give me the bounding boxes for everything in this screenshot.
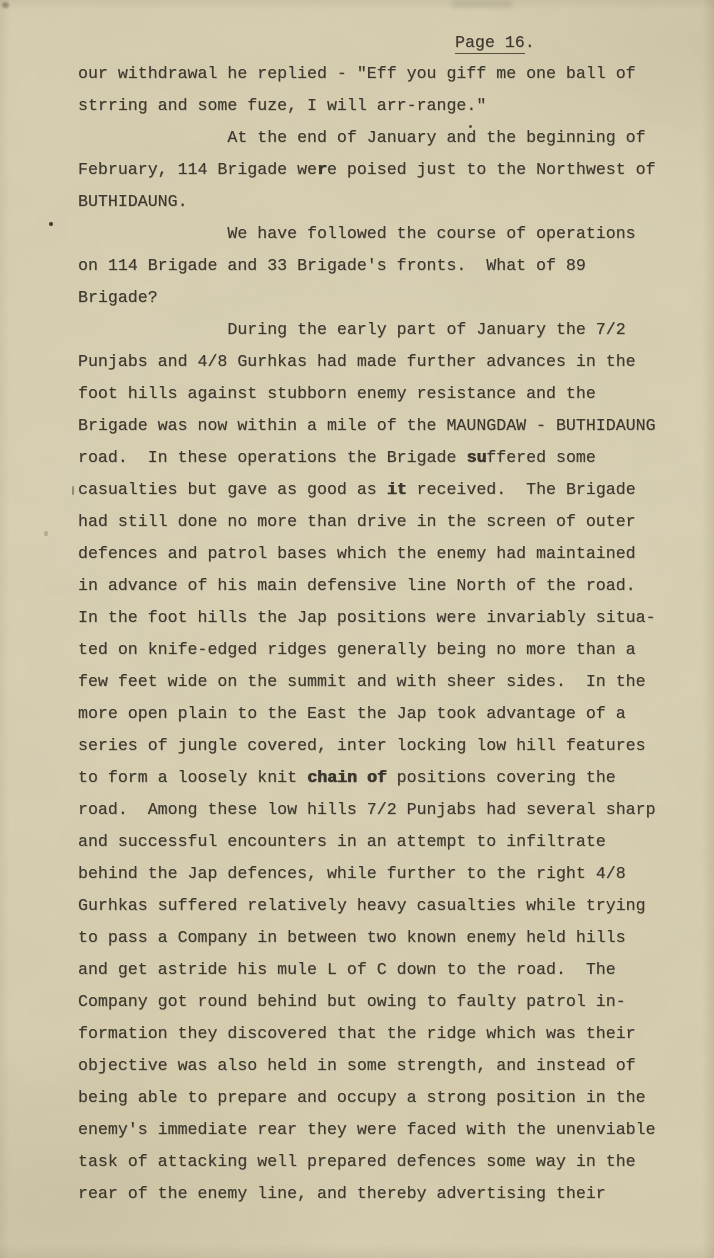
text-segment: received. The Brigade (407, 480, 636, 499)
page-header: Page 16. (455, 31, 535, 55)
overstruck-text: it (387, 480, 407, 499)
text-line: ted on knife-edged ridges generally bein… (78, 634, 678, 666)
text-segment: to pass a Company in between two known e… (78, 928, 626, 947)
text-segment: and get astride his mule L of C down to … (78, 960, 616, 979)
text-line: behind the Jap defences, while further t… (78, 858, 678, 890)
text-segment: Company got round behind but owing to fa… (78, 992, 626, 1011)
text-line: road. Among these low hills 7/2 Punjabs … (78, 794, 678, 826)
text-segment: road. In these operations the Brigade (78, 448, 466, 467)
text-line: our withdrawal he replied - "Eff you gif… (78, 58, 678, 90)
text-line: and successful encounters in an attempt … (78, 826, 678, 858)
text-line: on 114 Brigade and 33 Brigade's fronts. … (78, 250, 678, 282)
text-line: in advance of his main defensive line No… (78, 570, 678, 602)
text-segment: had still done no more than drive in the… (78, 512, 636, 531)
text-segment: Punjabs and 4/8 Gurhkas had made further… (78, 352, 636, 371)
text-segment: our withdrawal he replied - "Eff you gif… (78, 64, 636, 83)
text-line: to pass a Company in between two known e… (78, 922, 678, 954)
text-segment: casualties but gave as good as (78, 480, 387, 499)
text-segment: BUTHIDAUNG. (78, 192, 188, 211)
text-segment: and successful encounters in an attempt … (78, 832, 606, 851)
text-line: road. In these operations the Brigade su… (78, 442, 678, 474)
text-segment: Brigade was now within a mile of the MAU… (78, 416, 656, 435)
text-line: objective was also held in some strength… (78, 1050, 678, 1082)
text-segment: Brigade? (78, 288, 158, 307)
text-segment: In the foot hills the Jap positions were… (78, 608, 656, 627)
text-line: Brigade? (78, 282, 678, 314)
text-segment: few feet wide on the summit and with she… (78, 672, 646, 691)
text-line: and get astride his mule L of C down to … (78, 954, 678, 986)
text-line: During the early part of January the 7/2 (78, 314, 678, 346)
text-segment: rear of the enemy line, and thereby adve… (78, 1184, 606, 1203)
text-segment: objective was also held in some strength… (78, 1056, 636, 1075)
text-line: Brigade was now within a mile of the MAU… (78, 410, 678, 442)
text-line: Punjabs and 4/8 Gurhkas had made further… (78, 346, 678, 378)
text-line: foot hills against stubborn enemy resist… (78, 378, 678, 410)
text-segment: being able to prepare and occupy a stron… (78, 1088, 646, 1107)
text-segment: February, 114 Brigade we (78, 160, 317, 179)
overstruck-text: su (466, 448, 486, 467)
text-segment: on 114 Brigade and 33 Brigade's fronts. … (78, 256, 586, 275)
text-segment: e poised just to the Northwest of (327, 160, 656, 179)
text-line: formation they discovered that the ridge… (78, 1018, 678, 1050)
text-line: more open plain to the East the Jap took… (78, 698, 678, 730)
text-segment: foot hills against stubborn enemy resist… (78, 384, 596, 403)
text-line: We have followed the course of operation… (78, 218, 678, 250)
overstruck-text: chain of (307, 768, 387, 787)
text-line: few feet wide on the summit and with she… (78, 666, 678, 698)
text-segment: At the end of January and the beginning … (78, 128, 646, 147)
text-segment: to form a loosely knit (78, 768, 307, 787)
text-segment: ffered some (486, 448, 596, 467)
text-line: enemy's immediate rear they were faced w… (78, 1114, 678, 1146)
text-line: to form a loosely knit chain of position… (78, 762, 678, 794)
page-number: Page 16 (455, 33, 525, 54)
text-line: task of attacking well prepared defences… (78, 1146, 678, 1178)
text-line: being able to prepare and occupy a stron… (78, 1082, 678, 1114)
text-line: strring and some fuze, I will arr-range.… (78, 90, 678, 122)
text-segment: During the early part of January the 7/2 (78, 320, 626, 339)
text-line: had still done no more than drive in the… (78, 506, 678, 538)
overstruck-text: r (317, 160, 327, 179)
text-line: In the foot hills the Jap positions were… (78, 602, 678, 634)
text-segment: ted on knife-edged ridges generally bein… (78, 640, 636, 659)
text-segment: enemy's immediate rear they were faced w… (78, 1120, 656, 1139)
text-segment: in advance of his main defensive line No… (78, 576, 636, 595)
text-line: rear of the enemy line, and thereby adve… (78, 1178, 678, 1210)
text-line: BUTHIDAUNG. (78, 186, 678, 218)
text-line: casualties but gave as good as it receiv… (78, 474, 678, 506)
text-segment: behind the Jap defences, while further t… (78, 864, 626, 883)
text-segment: Gurhkas suffered relatively heavy casual… (78, 896, 646, 915)
text-segment: We have followed the course of operation… (78, 224, 636, 243)
text-segment: strring and some fuze, I will arr-range.… (78, 96, 486, 115)
text-segment: more open plain to the East the Jap took… (78, 704, 626, 723)
text-segment: defences and patrol bases which the enem… (78, 544, 636, 563)
text-segment: positions covering the (387, 768, 616, 787)
text-line: Company got round behind but owing to fa… (78, 986, 678, 1018)
text-line: Gurhkas suffered relatively heavy casual… (78, 890, 678, 922)
text-segment: formation they discovered that the ridge… (78, 1024, 636, 1043)
text-segment: task of attacking well prepared defences… (78, 1152, 636, 1171)
text-segment: road. Among these low hills 7/2 Punjabs … (78, 800, 656, 819)
page-number-period: . (525, 33, 535, 52)
text-line: defences and patrol bases which the enem… (78, 538, 678, 570)
text-segment: series of jungle covered, inter locking … (78, 736, 646, 755)
text-line: February, 114 Brigade were poised just t… (78, 154, 678, 186)
text-line: At the end of January and the beginning … (78, 122, 678, 154)
typewritten-text-block: our withdrawal he replied - "Eff you gif… (78, 58, 678, 1210)
text-line: series of jungle covered, inter locking … (78, 730, 678, 762)
